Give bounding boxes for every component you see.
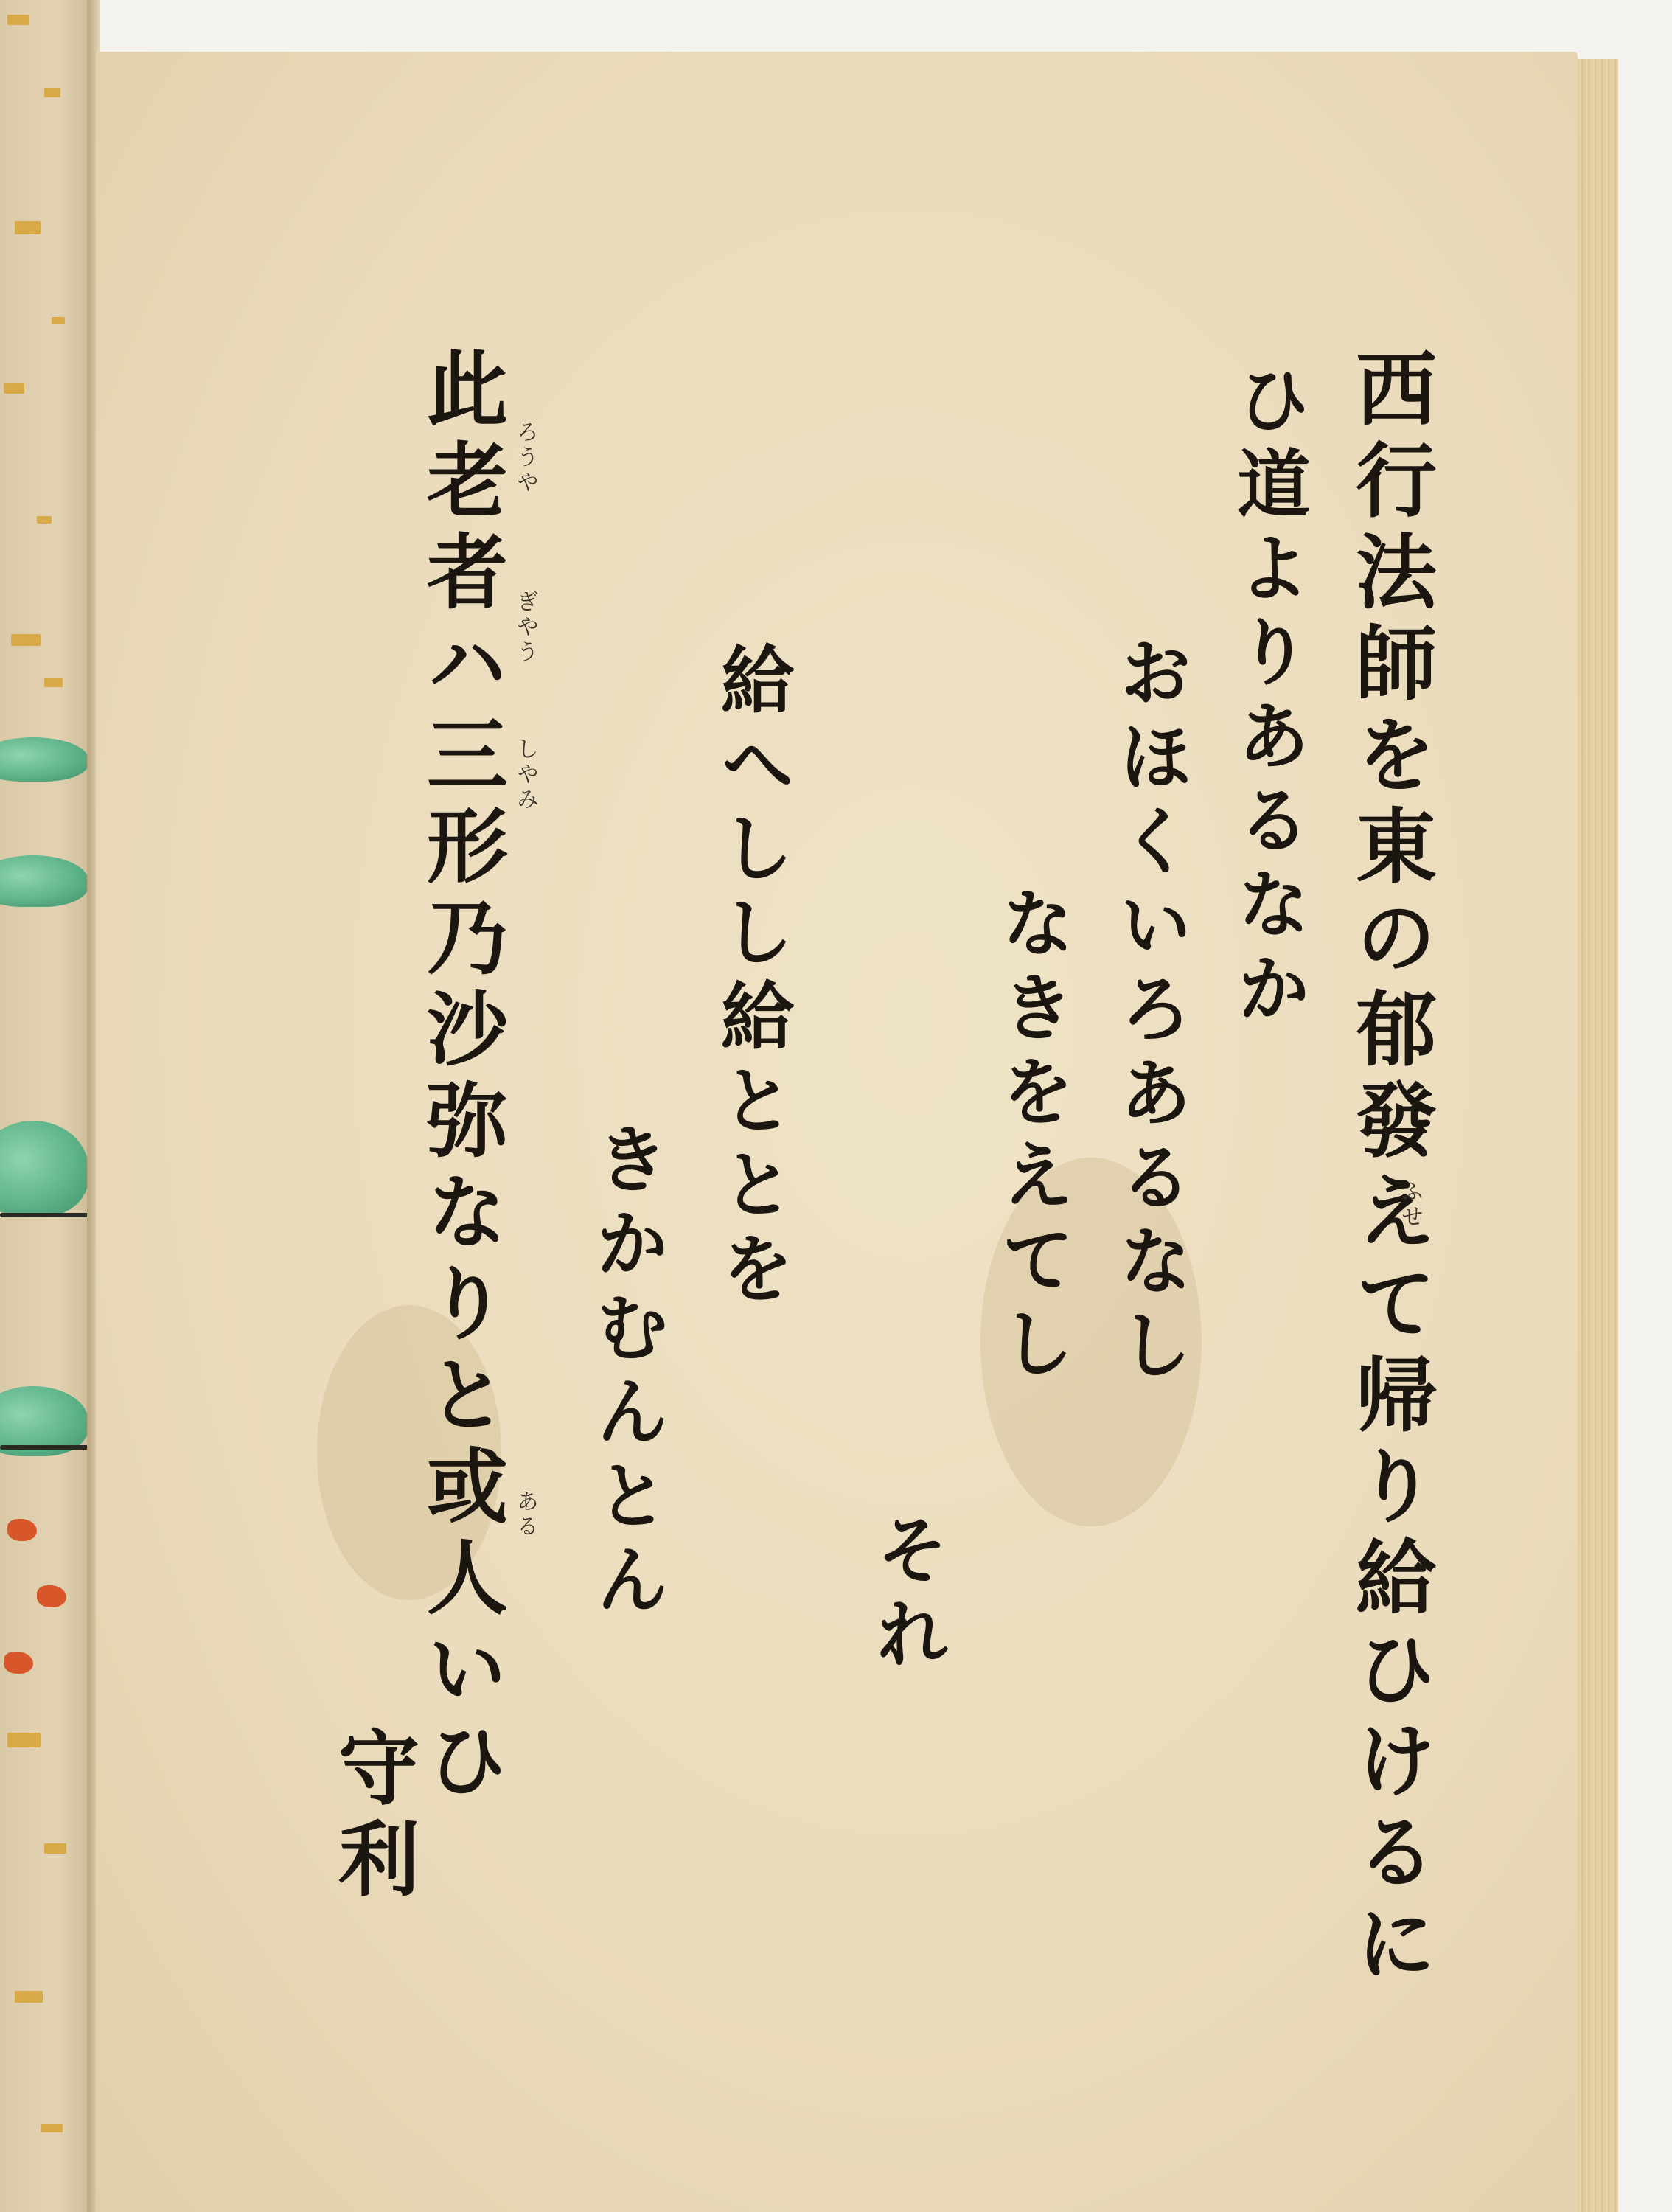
text-column-6: 給へしし給ととを: [715, 641, 789, 1314]
left-page-illustration: [0, 0, 92, 2212]
ruby-annotation: しやみ: [509, 737, 541, 813]
manuscript-page: 西行法師を東の郁發えて帰り給ひけるに ふせ ひ道よりあるなか おほくいろあるなし…: [96, 52, 1578, 2212]
ruby-annotation: ぎやう: [509, 590, 541, 665]
text-column-2: ひ道よりあるなか: [1231, 361, 1305, 1034]
text-column-1: 西行法師を東の郁發えて帰り給ひけるに: [1349, 347, 1430, 1992]
text-column-7: きかむんとん: [590, 1121, 663, 1625]
ruby-annotation: ある: [509, 1489, 541, 1540]
maple-leaf: [37, 1585, 66, 1607]
pine-foliage: [0, 737, 88, 782]
pine-foliage: [0, 1121, 88, 1217]
page-edges: [1578, 59, 1618, 2212]
text-column-8: 此老者ハ三形乃沙弥なりと或人いひ: [420, 347, 501, 1809]
text-column-3: おほくいろあるなし: [1113, 634, 1187, 1391]
ruby-annotation: ろうや: [509, 420, 541, 495]
text-column-4: なきをえてし: [995, 885, 1069, 1389]
maple-leaf: [4, 1652, 33, 1674]
ruby-annotation: ふせ: [1393, 1180, 1426, 1230]
pine-foliage: [0, 855, 88, 907]
maple-leaf: [7, 1519, 37, 1541]
text-column-9: 守利: [332, 1725, 413, 1908]
text-column-5: それ: [870, 1512, 944, 1680]
